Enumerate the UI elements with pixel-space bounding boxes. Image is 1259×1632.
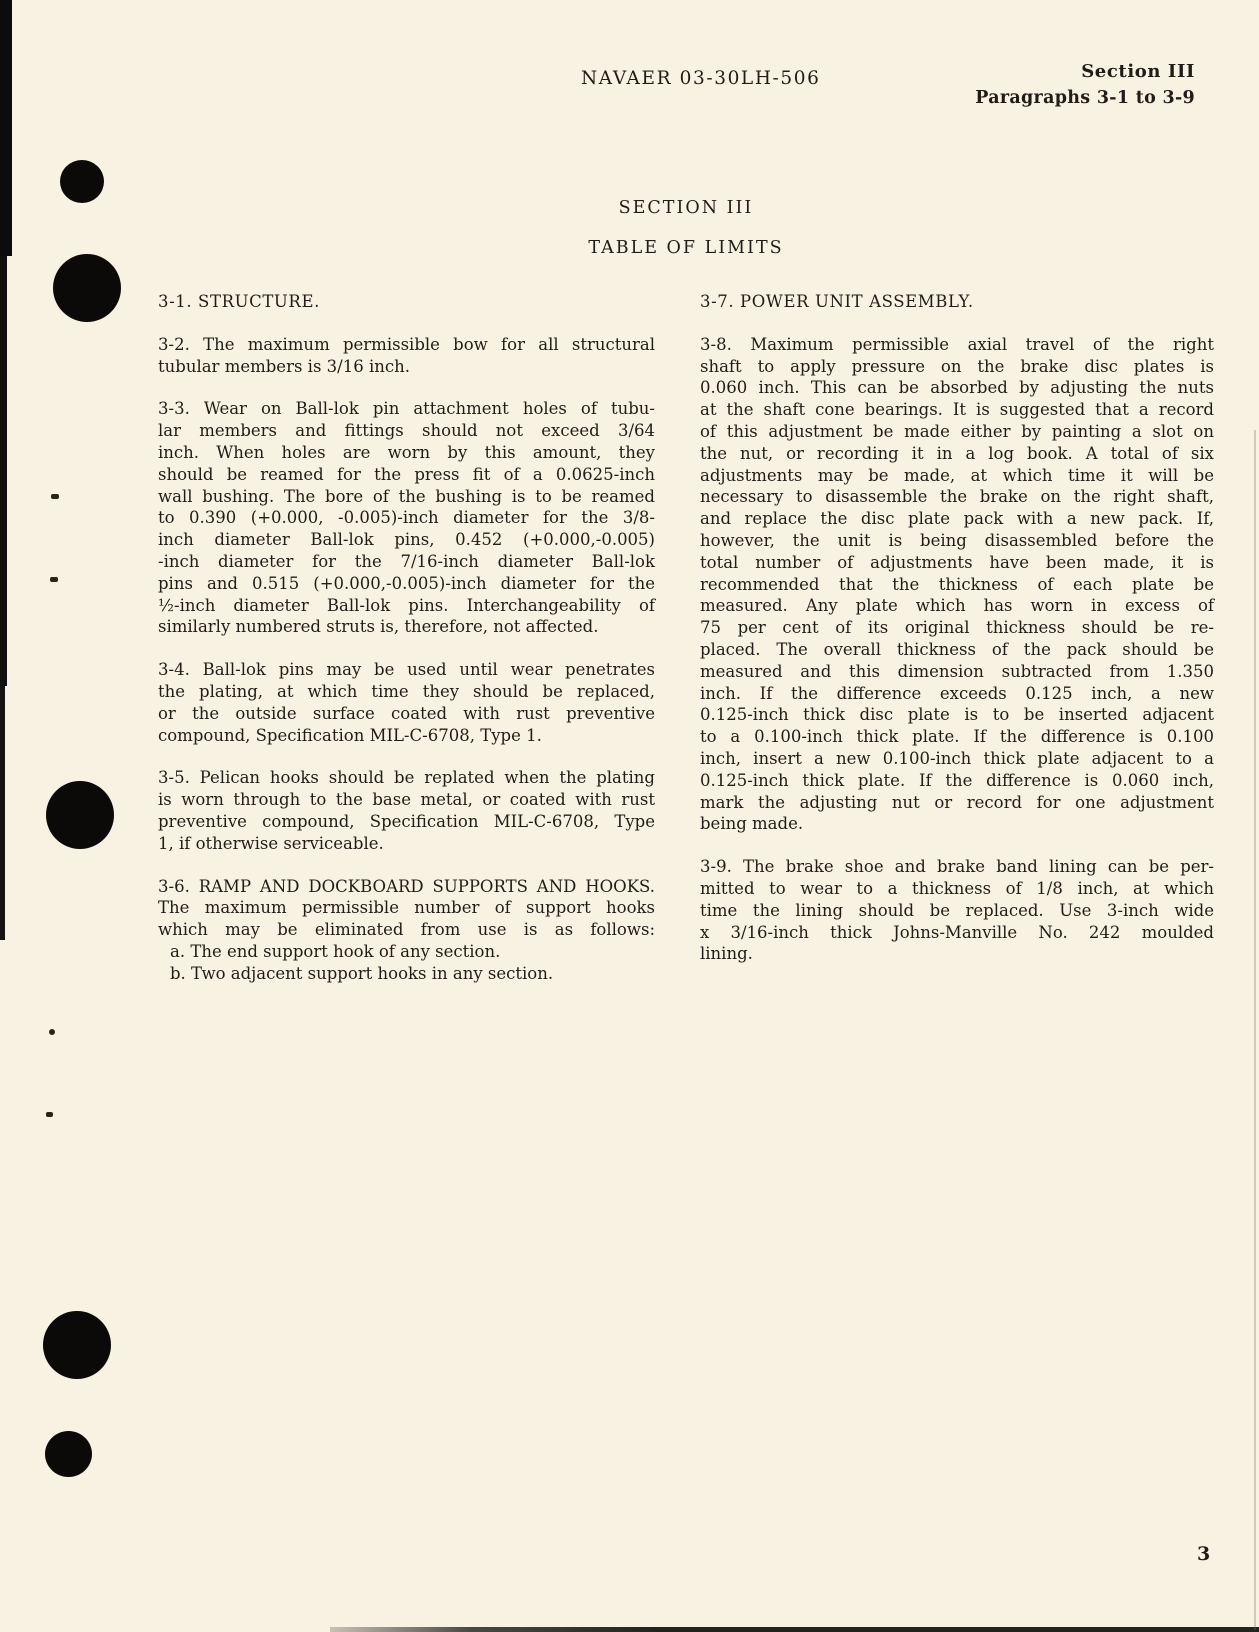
paragraph-heading: 3-1. STRUCTURE. [158, 291, 655, 313]
text-line: is worn through to the base metal, or co… [158, 789, 655, 811]
binder-hole-dot [43, 1311, 111, 1379]
ink-speck [46, 1112, 53, 1117]
text-line: inch diameter Ball-lok pins, 0.452 (+0.0… [158, 529, 655, 551]
document-number: NAVAER 03-30LH-506 [581, 68, 821, 89]
text-line: inch. If the difference exceeds 0.125 in… [700, 683, 1214, 705]
header-right: Section III Paragraphs 3-1 to 3-9 [975, 59, 1195, 111]
scan-edge-right [1254, 430, 1256, 1630]
text-line: tubular members is 3/16 inch. [158, 356, 655, 378]
text-line: a. The end support hook of any section. [158, 941, 655, 963]
binder-hole-dot [45, 1431, 92, 1477]
right-column: 3-7. POWER UNIT ASSEMBLY.3-8. Maximum pe… [700, 291, 1214, 965]
text-line: and replace the disc plate pack with a n… [700, 508, 1214, 530]
text-line: measured. Any plate which has worn in ex… [700, 595, 1214, 617]
text-line: measured and this dimension subtracted f… [700, 661, 1214, 683]
text-line: 3-1. STRUCTURE. [158, 291, 655, 313]
header-paragraph-range: Paragraphs 3-1 to 3-9 [975, 85, 1195, 111]
text-line: -inch diameter for the 7/16-inch diamete… [158, 551, 655, 573]
text-line: similarly numbered struts is, therefore,… [158, 616, 655, 638]
text-line: 0.060 inch. This can be absorbed by adju… [700, 377, 1214, 399]
text-line: which may be eliminated from use is as f… [158, 919, 655, 941]
text-line: x 3/16-inch thick Johns-Manville No. 242… [700, 922, 1214, 944]
text-line: the plating, at which time they should b… [158, 681, 655, 703]
text-line: 3-6. RAMP AND DOCKBOARD SUPPORTS AND HOO… [158, 876, 655, 898]
paragraph: 3-4. Ball-lok pins may be used until wea… [158, 659, 655, 746]
text-line: at the shaft cone bearings. It is sugges… [700, 399, 1214, 421]
text-line: 3-8. Maximum permissible axial travel of… [700, 334, 1214, 356]
scan-edge-left [0, 256, 7, 686]
text-line: The maximum permissible number of suppor… [158, 897, 655, 919]
sub-item-list: a. The end support hook of any section.b… [158, 941, 655, 985]
ink-speck [49, 1029, 55, 1035]
text-line: shaft to apply pressure on the brake dis… [700, 356, 1214, 378]
text-line: 3-2. The maximum permissible bow for all… [158, 334, 655, 356]
text-line: lar members and fittings should not exce… [158, 420, 655, 442]
scan-edge-left [0, 0, 12, 256]
text-line: 3-3. Wear on Ball-lok pin attachment hol… [158, 398, 655, 420]
text-line: 3-4. Ball-lok pins may be used until wea… [158, 659, 655, 681]
text-line: 3-9. The brake shoe and brake band linin… [700, 856, 1214, 878]
scan-edge-bottom [330, 1627, 1259, 1632]
paragraph: 3-9. The brake shoe and brake band linin… [700, 856, 1214, 965]
text-line: of this adjustment be made either by pai… [700, 421, 1214, 443]
text-line: time the lining should be replaced. Use … [700, 900, 1214, 922]
text-line: being made. [700, 813, 1214, 835]
text-line: should be reamed for the press fit of a … [158, 464, 655, 486]
page-number: 3 [1197, 1543, 1210, 1565]
text-line: 3-5. Pelican hooks should be replated wh… [158, 767, 655, 789]
text-line: adjustments may be made, at which time i… [700, 465, 1214, 487]
section-subtitle: TABLE OF LIMITS [158, 238, 1214, 258]
text-line: wall bushing. The bore of the bushing is… [158, 486, 655, 508]
text-line: 3-7. POWER UNIT ASSEMBLY. [700, 291, 1214, 313]
text-line: b. Two adjacent support hooks in any sec… [158, 963, 655, 985]
text-line: total number of adjustments have been ma… [700, 552, 1214, 574]
text-line: to 0.390 (+0.000, -0.005)-inch diameter … [158, 507, 655, 529]
paragraph: 3-5. Pelican hooks should be replated wh… [158, 767, 655, 854]
header-section-label: Section III [975, 59, 1195, 85]
section-title: SECTION III [158, 198, 1214, 218]
text-line: recommended that the thickness of each p… [700, 574, 1214, 596]
text-line: mitted to wear to a thickness of 1/8 inc… [700, 878, 1214, 900]
text-line: mark the adjusting nut or record for one… [700, 792, 1214, 814]
paragraph: 3-6. RAMP AND DOCKBOARD SUPPORTS AND HOO… [158, 876, 655, 941]
text-line: inch, insert a new 0.100-inch thick plat… [700, 748, 1214, 770]
text-line: 0.125-inch thick plate. If the differenc… [700, 770, 1214, 792]
ink-speck [50, 577, 58, 582]
ink-speck [51, 494, 59, 499]
text-line: ½-inch diameter Ball-lok pins. Interchan… [158, 595, 655, 617]
text-line: necessary to disassemble the brake on th… [700, 486, 1214, 508]
text-line: 0.125-inch thick disc plate is to be ins… [700, 704, 1214, 726]
paragraph: 3-3. Wear on Ball-lok pin attachment hol… [158, 398, 655, 638]
text-line: 75 per cent of its original thickness sh… [700, 617, 1214, 639]
paragraph: 3-8. Maximum permissible axial travel of… [700, 334, 1214, 835]
text-line: lining. [700, 943, 1214, 965]
text-line: inch. When holes are worn by this amount… [158, 442, 655, 464]
paragraph-heading: 3-7. POWER UNIT ASSEMBLY. [700, 291, 1214, 313]
text-line: placed. The overall thickness of the pac… [700, 639, 1214, 661]
binder-hole-dot [60, 160, 104, 203]
text-line: pins and 0.515 (+0.000,-0.005)-inch diam… [158, 573, 655, 595]
left-column: 3-1. STRUCTURE.3-2. The maximum permissi… [158, 291, 655, 985]
scanned-manual-page: NAVAER 03-30LH-506 Section III Paragraph… [0, 0, 1259, 1632]
text-line: or the outside surface coated with rust … [158, 703, 655, 725]
text-line: 1, if otherwise serviceable. [158, 833, 655, 855]
scan-edge-left [0, 686, 5, 940]
binder-hole-dot [46, 781, 114, 849]
text-line: compound, Specification MIL-C-6708, Type… [158, 725, 655, 747]
text-line: however, the unit is being disassembled … [700, 530, 1214, 552]
paragraph: 3-2. The maximum permissible bow for all… [158, 334, 655, 378]
text-line: the nut, or recording it in a log book. … [700, 443, 1214, 465]
text-line: preventive compound, Specification MIL-C… [158, 811, 655, 833]
text-line: to a 0.100-inch thick plate. If the diff… [700, 726, 1214, 748]
binder-hole-dot [53, 254, 121, 322]
